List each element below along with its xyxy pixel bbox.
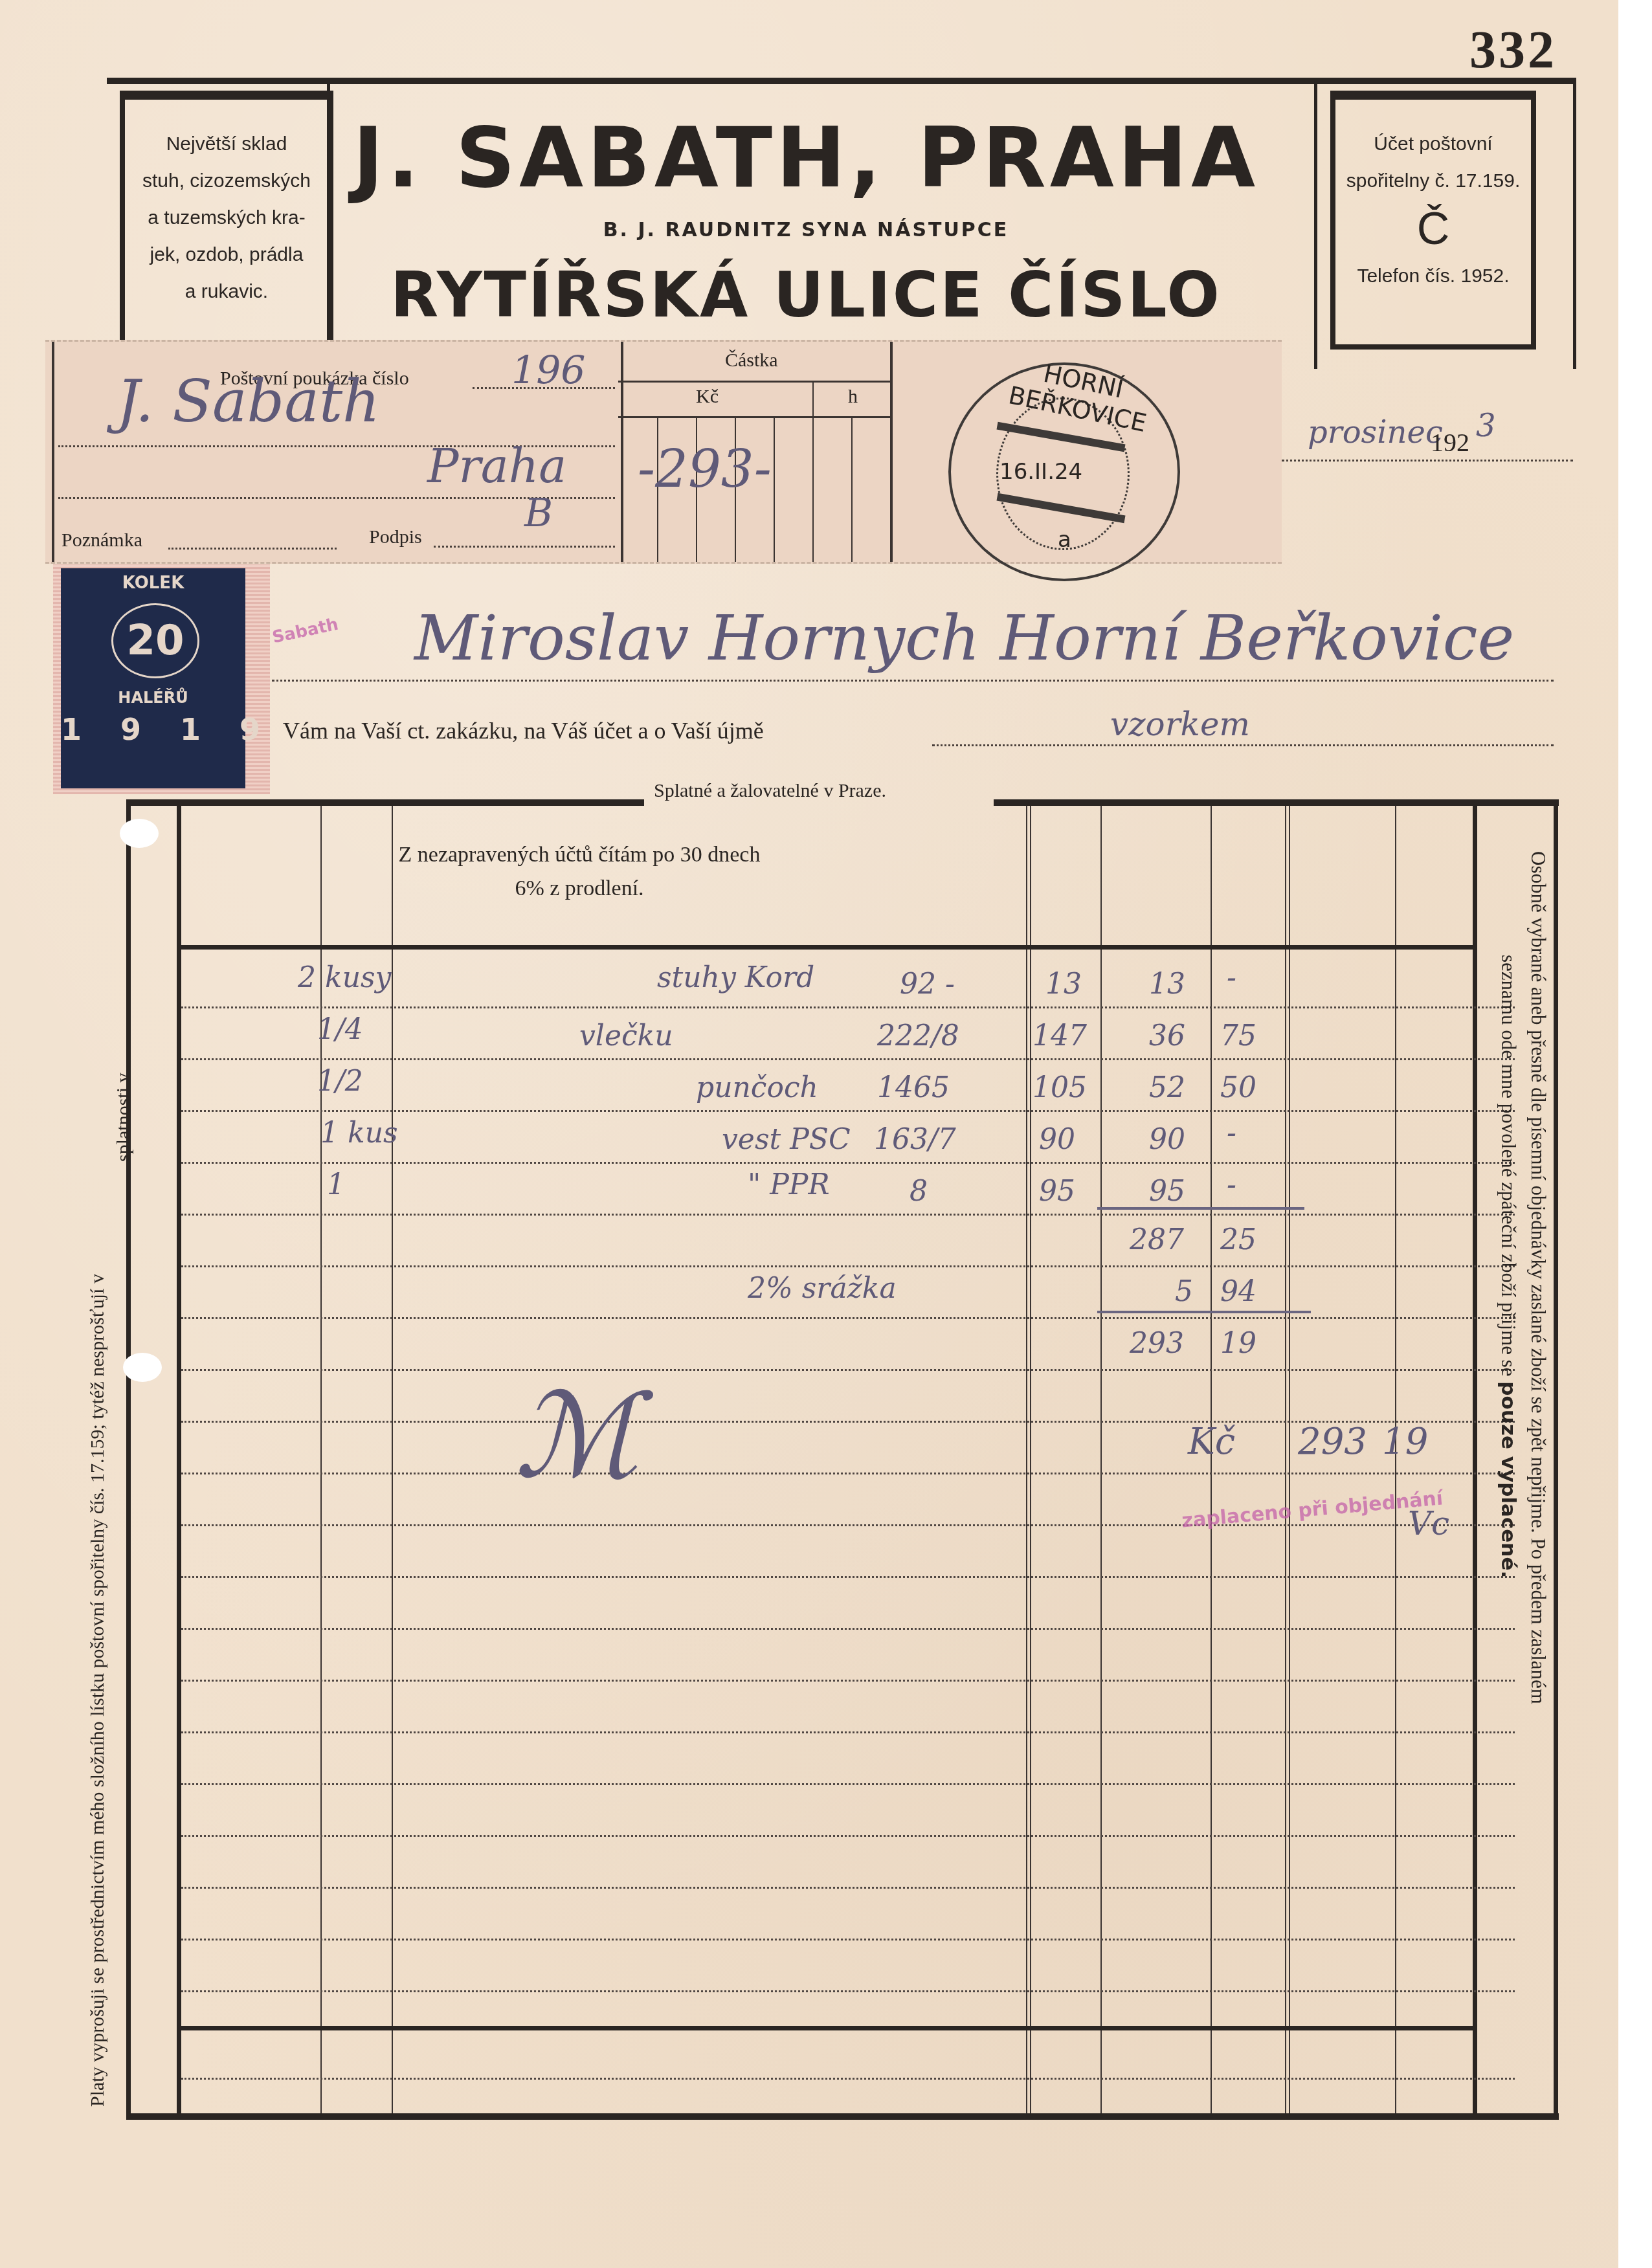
right-margin-line: seznamu ode mne povolené zpáteční zboží … bbox=[1493, 851, 1523, 2081]
recipient-line bbox=[272, 680, 1554, 682]
item-qty: 1 bbox=[327, 1168, 345, 1201]
inventory-line: stuh, cizozemských bbox=[125, 162, 328, 199]
item-description: punčoch bbox=[696, 1071, 818, 1104]
column-divider bbox=[1026, 806, 1027, 2113]
c-caron-logo-icon: Č bbox=[1335, 199, 1531, 258]
invoice-paper: 332 Největší sklad stuh, cizozemských a … bbox=[0, 0, 1618, 2268]
item-total-kc: 95 bbox=[1149, 1175, 1185, 1208]
sender-handwritten: J. Sabath bbox=[117, 368, 380, 436]
note-label: Poznámka bbox=[61, 529, 142, 551]
item-total-h: - bbox=[1227, 1168, 1236, 1201]
account-line: Účet poštovní bbox=[1335, 126, 1531, 162]
date-year-printed: 192 bbox=[1431, 427, 1469, 458]
discount-h: 94 bbox=[1220, 1275, 1256, 1308]
row-line bbox=[181, 1265, 1515, 1267]
subtotal-h: 25 bbox=[1220, 1223, 1256, 1256]
final-total-h: 19 bbox=[1382, 1421, 1428, 1463]
total-kc: 293 bbox=[1130, 1327, 1184, 1360]
row-line bbox=[181, 1006, 1515, 1008]
interest-note-line: 6% z prodlení. bbox=[333, 872, 825, 906]
item-ref: 163/7 bbox=[874, 1123, 956, 1156]
amount-divider bbox=[774, 416, 775, 562]
amount-divider bbox=[618, 381, 890, 383]
clerk-initials: Vc bbox=[1408, 1505, 1449, 1542]
amount-header: Částka bbox=[725, 350, 778, 372]
row-line bbox=[181, 1731, 1515, 1733]
revenue-stamp: KOLEK 20 HALÉŘŮ 1919 bbox=[53, 564, 270, 794]
item-total-kc: 52 bbox=[1149, 1071, 1185, 1104]
column-divider bbox=[320, 806, 322, 2113]
phone-line: Telefon čís. 1952. bbox=[1335, 258, 1531, 295]
item-description: " PPR bbox=[748, 1168, 830, 1201]
item-unit-price: 147 bbox=[1032, 1019, 1087, 1052]
left-margin-text: Platy vyprošuji se prostřednictvím mého … bbox=[85, 793, 139, 2113]
column-divider bbox=[1285, 806, 1286, 2113]
right-margin-bold: pouze vyplacené. bbox=[1497, 1381, 1520, 1578]
frame-divider bbox=[1573, 84, 1576, 369]
left-margin-line: splatnosti v bbox=[111, 793, 137, 2107]
account-line: spořitelny č. 17.159. bbox=[1335, 162, 1531, 199]
row-line bbox=[181, 1473, 1515, 1474]
item-total-h: - bbox=[1227, 961, 1236, 994]
signature-label: Podpis bbox=[369, 526, 422, 548]
company-name: J. SABATH, PRAHA bbox=[337, 110, 1275, 206]
frame-divider bbox=[1314, 84, 1317, 369]
item-ref: 222/8 bbox=[877, 1019, 959, 1052]
document-number: 332 bbox=[1469, 19, 1557, 80]
payable-note: Splatné a žalovatelné v Praze. bbox=[654, 780, 886, 802]
final-total-kc: 293 bbox=[1298, 1421, 1367, 1463]
postmark-date: 16.II.24 bbox=[999, 459, 1082, 485]
item-description: vlečku bbox=[579, 1019, 673, 1052]
item-total-kc: 90 bbox=[1149, 1123, 1185, 1156]
signature-scribble: ℳ bbox=[515, 1369, 639, 1504]
row-line bbox=[181, 1628, 1515, 1630]
inventory-line: Největší sklad bbox=[125, 126, 328, 162]
row-line bbox=[181, 1162, 1515, 1164]
date-year-handwritten: 3 bbox=[1476, 408, 1496, 444]
punch-hole bbox=[120, 819, 159, 848]
subtotal-kc: 287 bbox=[1130, 1223, 1184, 1256]
item-description: vest PSC bbox=[722, 1123, 851, 1156]
right-margin-prefix: seznamu ode mne povolené zpáteční zboží … bbox=[1497, 955, 1520, 1377]
interest-note-line: Z nezapravených účtů čítám po 30 dnech bbox=[333, 838, 825, 872]
item-qty: 1 kus bbox=[320, 1117, 398, 1150]
row-line bbox=[181, 1576, 1515, 1578]
row-line bbox=[181, 1317, 1515, 1319]
order-terms: Vám na Vaší ct. zakázku, na Váš účet a o… bbox=[283, 717, 764, 744]
column-divider bbox=[1100, 806, 1102, 2113]
inventory-box: Největší sklad stuh, cizozemských a tuze… bbox=[120, 91, 333, 362]
inventory-line: jek, ozdob, prádla bbox=[125, 236, 328, 273]
signature-handwritten: B bbox=[524, 491, 553, 536]
invoice-table: Splatné a žalovatelné v Praze. Z nezapra… bbox=[126, 799, 1559, 2120]
total-underline bbox=[1097, 1311, 1311, 1313]
order-dotted-line bbox=[932, 744, 1554, 746]
table-top-border bbox=[994, 799, 1559, 806]
item-total-h: 75 bbox=[1220, 1019, 1256, 1052]
table-top-border bbox=[126, 799, 644, 806]
item-ref: 8 bbox=[910, 1175, 928, 1208]
item-total-h: - bbox=[1227, 1117, 1236, 1150]
successor-line: B. J. RAUDNITZ SYNA NÁSTUPCE bbox=[337, 219, 1275, 241]
recipient-handwritten: Miroslav Hornych Horní Beřkovice bbox=[414, 602, 1514, 674]
column-divider bbox=[1289, 806, 1290, 2113]
stamp-top-text: KOLEK bbox=[61, 573, 245, 593]
item-qty: 2 kusy bbox=[298, 961, 391, 994]
right-margin-text: Osobně vybrané aneb přesně dle písemní o… bbox=[1493, 825, 1553, 2081]
left-margin-note: Platy vyprošuji se prostřednictvím mého … bbox=[126, 799, 181, 2113]
table-border bbox=[1554, 799, 1558, 2120]
currency-h-label: h bbox=[848, 386, 858, 408]
date-line: prosinec 192 3 bbox=[1282, 421, 1573, 461]
item-qty: 1/4 bbox=[317, 1013, 363, 1046]
city-handwritten: Praha bbox=[427, 439, 566, 493]
footer-rule bbox=[181, 2026, 1473, 2030]
currency-kc-label: Kč bbox=[696, 386, 719, 408]
amount-divider bbox=[851, 416, 853, 562]
inventory-line: a rukavic. bbox=[125, 273, 328, 310]
discount-kc: 5 bbox=[1175, 1275, 1193, 1308]
right-margin-note: Osobně vybrané aneb přesně dle písemní o… bbox=[1475, 799, 1553, 2113]
sum-underline bbox=[1097, 1207, 1304, 1210]
row-line bbox=[181, 1939, 1515, 1940]
item-unit-price: 95 bbox=[1039, 1175, 1075, 1208]
right-margin-line: Osobně vybrané aneb přesně dle písemní o… bbox=[1523, 851, 1553, 2081]
punch-hole bbox=[123, 1353, 162, 1382]
row-line bbox=[181, 1369, 1515, 1371]
row-line bbox=[181, 1887, 1515, 1889]
item-unit-price: 90 bbox=[1039, 1123, 1075, 1156]
final-total-label: Kč bbox=[1188, 1421, 1235, 1463]
amount-divider bbox=[618, 416, 890, 418]
dotted-line bbox=[434, 546, 615, 548]
column-divider bbox=[392, 806, 393, 2113]
row-line bbox=[181, 1524, 1515, 1526]
row-line bbox=[181, 2078, 1515, 2080]
item-total-kc: 36 bbox=[1149, 1019, 1185, 1052]
item-ref: 92 - bbox=[900, 968, 955, 1001]
row-line bbox=[181, 1783, 1515, 1785]
item-description: stuhy Kord bbox=[657, 961, 814, 994]
item-unit-price: 105 bbox=[1032, 1071, 1087, 1104]
amount-divider bbox=[812, 381, 814, 562]
item-ref: 1465 bbox=[877, 1071, 950, 1104]
row-line bbox=[181, 1110, 1515, 1112]
stamp-overprint: Sabath bbox=[271, 615, 340, 648]
money-order-number-value: 196 bbox=[511, 348, 586, 394]
revenue-stamp-face: KOLEK 20 HALÉŘŮ 1919 bbox=[61, 568, 245, 788]
item-total-kc: 13 bbox=[1149, 968, 1185, 1001]
stamp-year: 1919 bbox=[61, 712, 245, 747]
dotted-line bbox=[168, 548, 337, 550]
postmark: HORNÍ BEŘKOVICE 16.II.24 a bbox=[948, 362, 1180, 581]
item-unit-price: 13 bbox=[1045, 968, 1082, 1001]
table-bottom-border bbox=[126, 2113, 1559, 2120]
inventory-line: a tuzemských kra- bbox=[125, 199, 328, 236]
amount-table: Částka Kč h -293- bbox=[618, 342, 893, 562]
item-qty: 1/2 bbox=[317, 1065, 363, 1098]
row-line bbox=[181, 1990, 1515, 1992]
postmark-letter: a bbox=[1058, 527, 1071, 553]
item-total-h: 50 bbox=[1220, 1071, 1256, 1104]
stamp-value: 20 bbox=[111, 603, 199, 678]
row-line bbox=[181, 1835, 1515, 1837]
header-rule bbox=[181, 945, 1473, 950]
left-margin-line: Platy vyprošuji se prostřednictvím mého … bbox=[85, 793, 111, 2107]
account-box: Účet poštovní spořitelny č. 17.159. Č Te… bbox=[1330, 91, 1536, 350]
stamp-unit: HALÉŘŮ bbox=[61, 689, 245, 707]
row-line bbox=[181, 1214, 1515, 1216]
interest-note: Z nezapravených účtů čítám po 30 dnech 6… bbox=[333, 838, 825, 906]
amount-handwritten: -293- bbox=[638, 439, 772, 499]
order-handwritten: vzorkem bbox=[1110, 706, 1250, 743]
row-line bbox=[181, 1680, 1515, 1682]
discount-label: 2% srážka bbox=[748, 1272, 897, 1305]
column-divider bbox=[1030, 806, 1031, 2113]
date-month: prosinec bbox=[1308, 414, 1443, 450]
row-line bbox=[181, 1058, 1515, 1060]
total-h: 19 bbox=[1220, 1327, 1256, 1360]
